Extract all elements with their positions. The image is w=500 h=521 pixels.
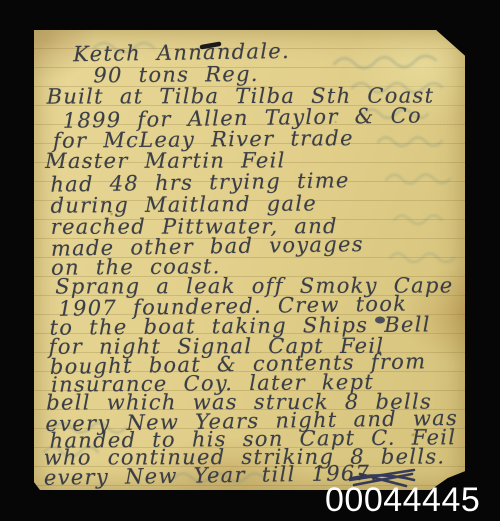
note-lines: Ketch Annandale.90 tons Reg.Built at Til… (32, 28, 467, 492)
photograph-of-handwritten-note: Ketch Annandale.90 tons Reg.Built at Til… (0, 0, 500, 521)
catalog-number: 00044445 (325, 482, 480, 518)
note-line: 90 tons Reg. (93, 63, 259, 86)
note-line: Master Martin Feil (45, 149, 286, 172)
note-line: during Maitland gale (50, 192, 317, 216)
